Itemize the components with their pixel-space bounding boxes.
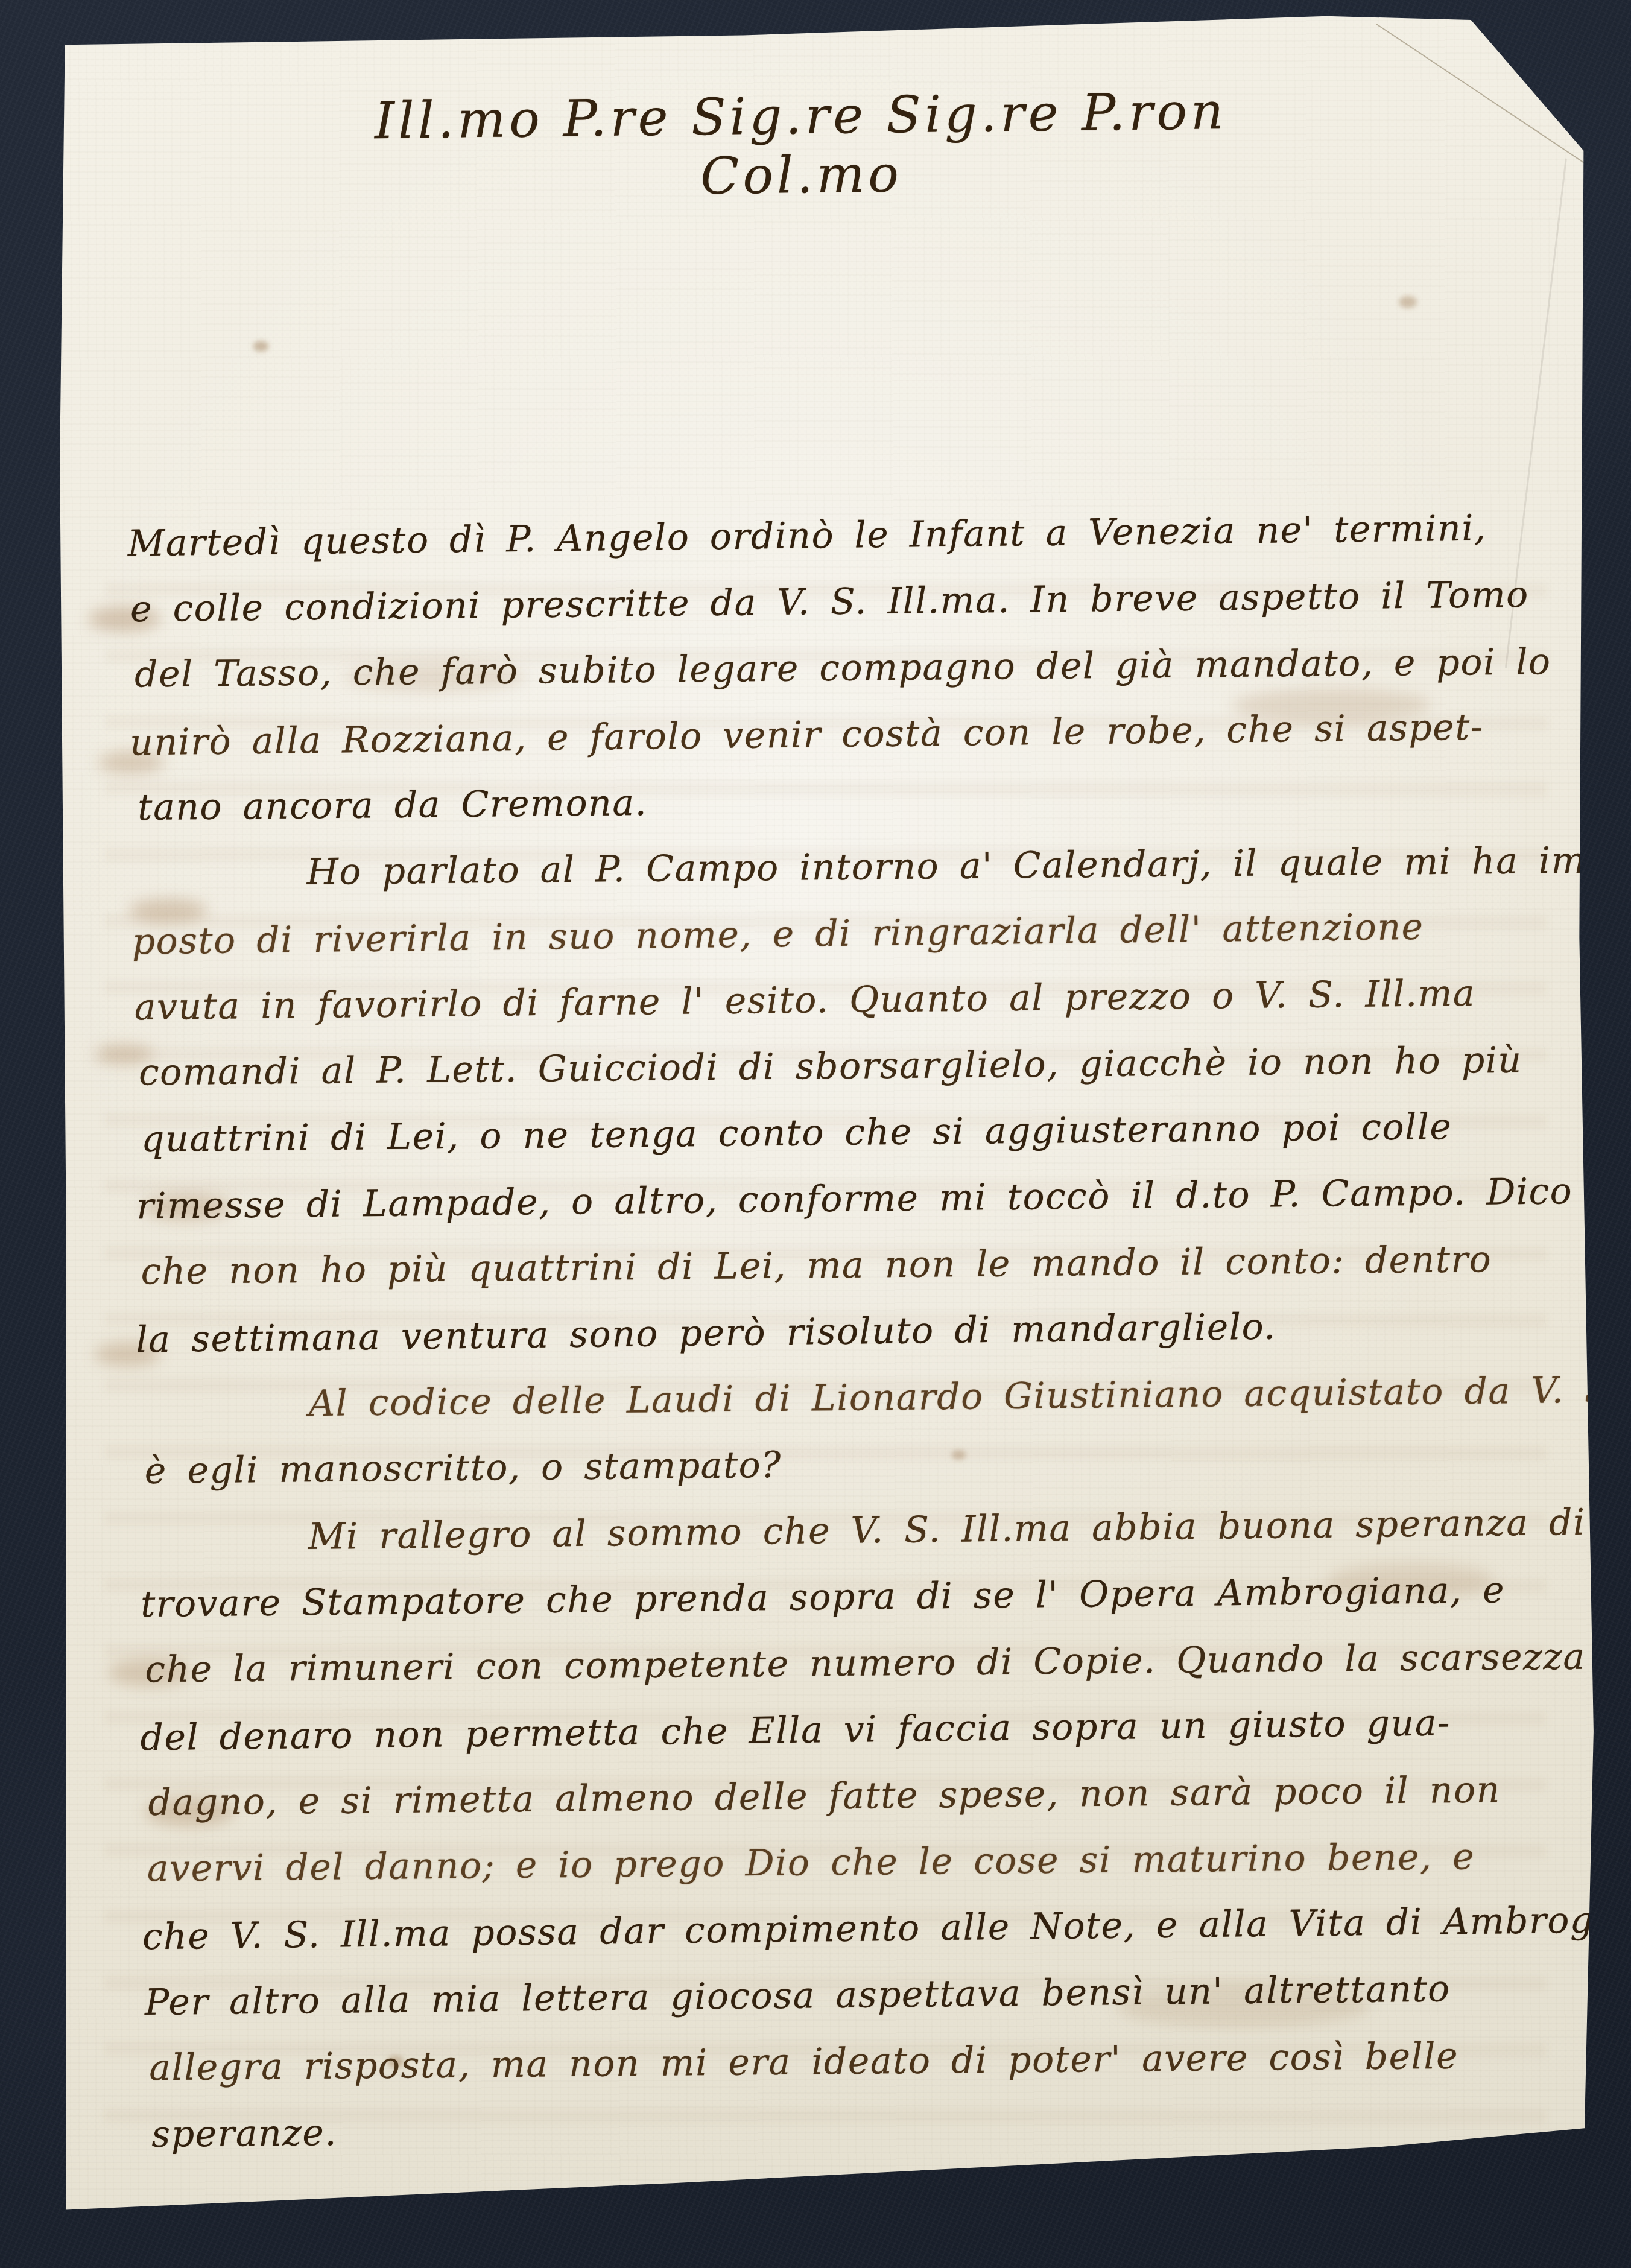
letter-line: dagno, e si rimetta almeno delle fatte s…	[148, 1756, 1560, 1836]
photograph-of-letter: { "letter": { "language": "Italian", "sa…	[0, 0, 1631, 2268]
letter-paper: Ill.mo P.re Sig.re Sig.re P.ron Col.mo M…	[52, 11, 1597, 2223]
letter-line: allegra risposta, ma non mi era ideato d…	[149, 2022, 1561, 2101]
letter-line: tano ancora da Cremona.	[138, 761, 1550, 841]
salutation-line: Ill.mo P.re Sig.re Sig.re P.ron Col.mo	[306, 81, 1296, 211]
letter-line: comandi al P. Lett. Guicciodi di sborsar…	[138, 1027, 1550, 1106]
foxing-spot	[253, 341, 268, 352]
letter-body: Martedì questo dì P. Angelo ordinò le In…	[129, 495, 1558, 2168]
foxing-spot	[1399, 296, 1417, 308]
letter-line: quattrini di Lei, o ne tenga conto che s…	[141, 1093, 1553, 1173]
